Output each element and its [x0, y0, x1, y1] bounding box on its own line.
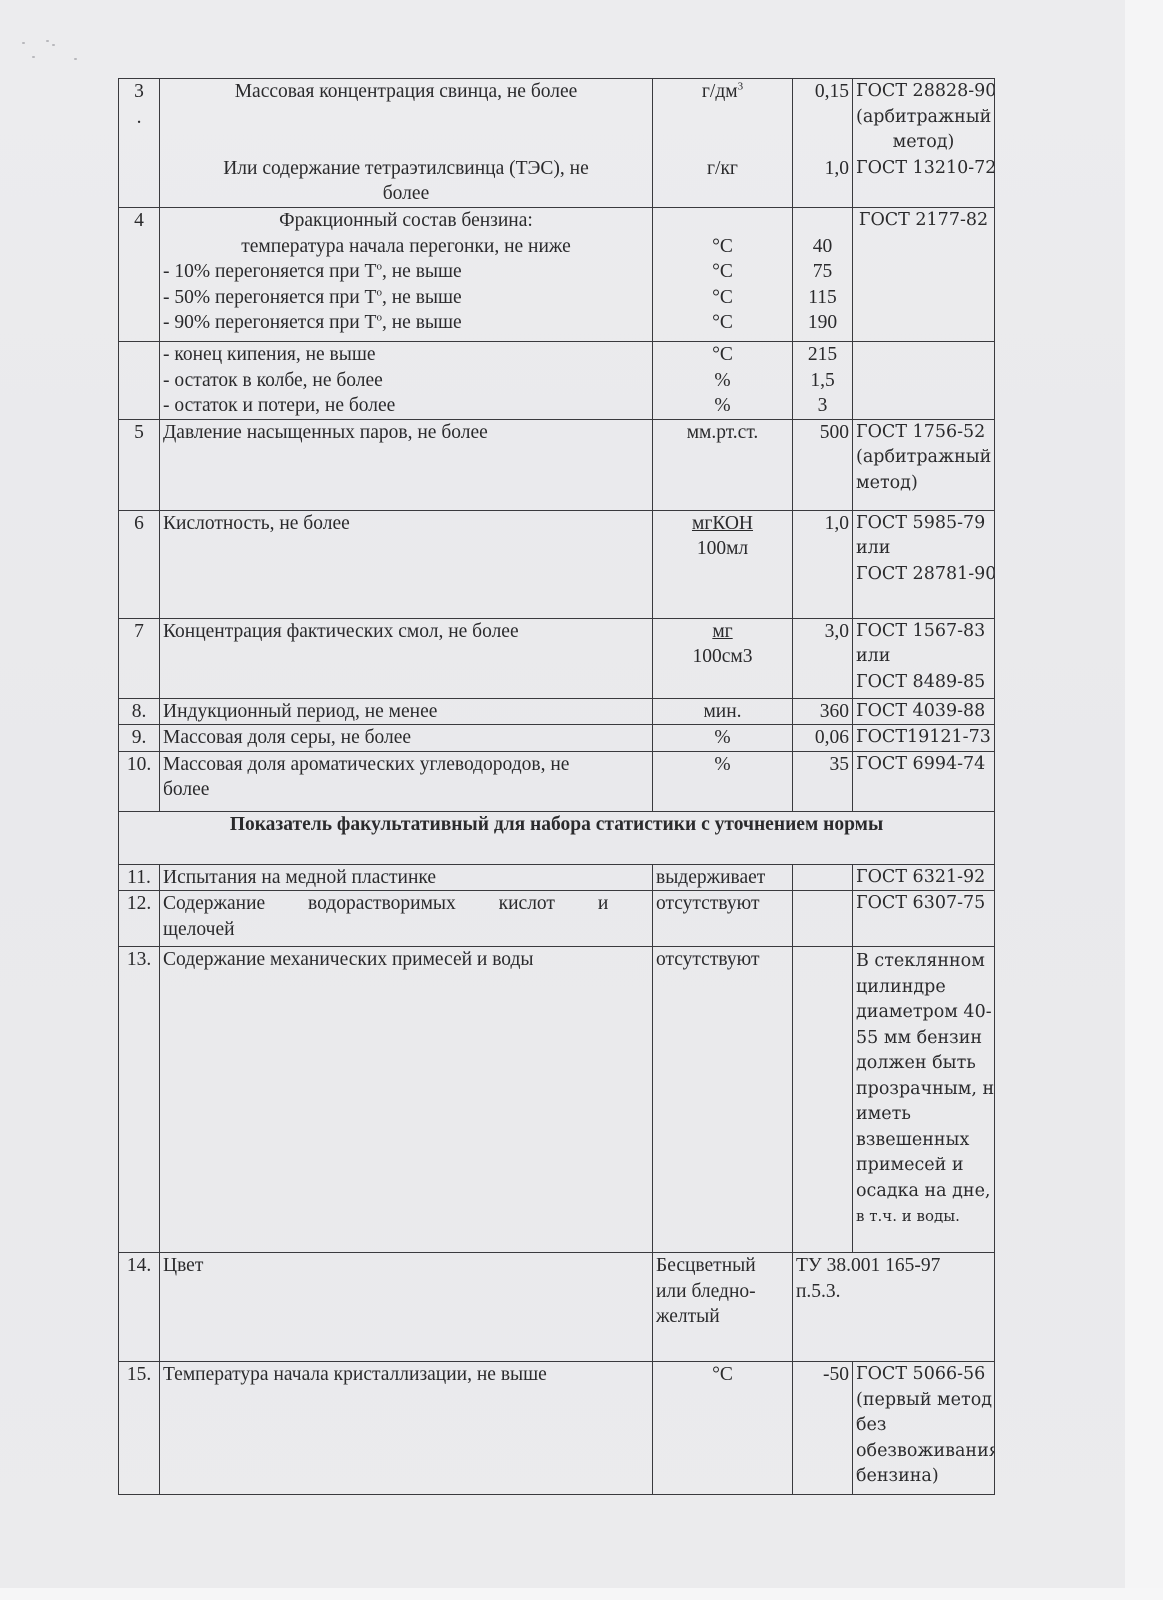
test-method: ГОСТ 28828-90 (арбитражный метод) ГОСТ 1…	[853, 79, 995, 208]
unit: °С % %	[653, 342, 793, 420]
test-method-line: метод)	[856, 471, 991, 497]
parameter-name: Температура начала кристаллизации, не вы…	[160, 1362, 653, 1495]
test-method-line: ГОСТ 28781-90	[856, 562, 991, 588]
parameter-name: Давление насыщенных паров, не более	[160, 419, 653, 510]
row-number: 4	[119, 208, 160, 342]
unit-text: г/дм	[702, 81, 738, 102]
table-row: 14. Цвет Бесцветный или бледно- желтый Т…	[119, 1253, 995, 1362]
table-row: 7 Концентрация фактических смол, не боле…	[119, 618, 995, 698]
test-method-line: ГОСТ 8489-85	[856, 670, 991, 696]
parameter-name: - конец кипения, не выше - остаток в кол…	[160, 342, 653, 420]
parameter-name-line: - остаток и потери, не более	[163, 393, 649, 419]
test-method-line: примесей и	[856, 1153, 991, 1179]
norm-value: 0,06	[793, 725, 853, 752]
parameter-text: - 10% перегоняется при Т	[163, 261, 376, 282]
unit-superscript: 3	[738, 81, 744, 93]
parameter-name: Массовая концентрация свинца, не более И…	[160, 79, 653, 208]
table-row: 4 Фракционный состав бензина: температур…	[119, 208, 995, 342]
parameter-suffix: , не выше	[382, 312, 462, 333]
parameter-name-line: - остаток в колбе, не более	[163, 368, 649, 394]
unit-line: °С	[656, 342, 789, 368]
unit-line: °С	[656, 234, 789, 260]
table-row: 13. Содержание механических примесей и в…	[119, 947, 995, 1253]
parameter-name-line: Массовая доля ароматических углеводородо…	[163, 752, 649, 778]
test-method: ГОСТ 5066-56 (первый метод без обезвожив…	[853, 1362, 995, 1495]
norm-value: 35	[793, 751, 853, 811]
unit: °С °С °С °С	[653, 208, 793, 342]
norm-value-line: 1,0	[796, 156, 849, 182]
test-method	[853, 342, 995, 420]
unit-numerator: мг	[656, 619, 789, 645]
test-method-line: В стеклянном	[856, 949, 991, 975]
row-number: 11.	[119, 864, 160, 891]
unit: мм.рт.ст.	[653, 419, 793, 510]
parameter-name: Испытания на медной пластинке	[160, 864, 653, 891]
unit: %	[653, 725, 793, 752]
parameter-name-line: более	[163, 181, 649, 207]
test-method-line: ГОСТ 1756-52	[856, 420, 991, 446]
unit: °С	[653, 1362, 793, 1495]
unit-line: желтый	[656, 1304, 789, 1330]
test-method-line: диаметром 40-	[856, 1000, 991, 1026]
unit: мг 100см3	[653, 618, 793, 698]
test-method-line: или	[856, 644, 991, 670]
norm-value-line: 3	[796, 393, 849, 419]
parameter-name-line: - 50% перегоняется при Тo, не выше	[163, 285, 649, 311]
test-method-line: осадка на дне,	[856, 1179, 991, 1205]
norm-value: 3,0	[793, 618, 853, 698]
unit-denominator: 100мл	[656, 536, 789, 562]
section-header: Показатель факультативный для набора ста…	[119, 811, 995, 864]
parameter-name-line: Содержание водорастворимых кислот и	[163, 891, 649, 917]
row-number	[119, 342, 160, 420]
norm-value: 1,0	[793, 510, 853, 618]
table-row: - конец кипения, не выше - остаток в кол…	[119, 342, 995, 420]
row-number: 15.	[119, 1362, 160, 1495]
section-header-row: Показатель факультативный для набора ста…	[119, 811, 995, 864]
unit-line: Бесцветный	[656, 1253, 789, 1279]
norm-value: 500	[793, 419, 853, 510]
test-method-line: цилиндре	[856, 975, 991, 1001]
unit: отсутствуют	[653, 891, 793, 947]
parameter-name: Содержание механических примесей и воды	[160, 947, 653, 1253]
row-number: 7	[119, 618, 160, 698]
parameter-name: Массовая доля ароматических углеводородо…	[160, 751, 653, 811]
unit: %	[653, 751, 793, 811]
parameter-name-line: Фракционный состав бензина:	[163, 208, 649, 234]
test-method-line: взвешенных	[856, 1128, 991, 1154]
test-method-line: ГОСТ 28828-90	[856, 79, 991, 105]
norm-value-line: 75	[796, 259, 849, 285]
page-edge-bottom	[0, 1588, 1163, 1600]
unit-numerator: мгКОН	[656, 511, 789, 537]
parameter-name: Цвет	[160, 1253, 653, 1362]
row-number: 6	[119, 510, 160, 618]
test-method-line: без	[856, 1413, 991, 1439]
parameter-name-line: - 90% перегоняется при Тo, не выше	[163, 310, 649, 336]
table-row: 6 Кислотность, не более мгКОН 100мл 1,0 …	[119, 510, 995, 618]
unit: отсутствуют	[653, 947, 793, 1253]
test-method: ГОСТ 1756-52 (арбитражный метод)	[853, 419, 995, 510]
parameter-suffix: , не выше	[382, 287, 462, 308]
parameter-name: Кислотность, не более	[160, 510, 653, 618]
test-method: ГОСТ 4039-88	[853, 698, 995, 725]
test-method-line: (арбитражный	[856, 445, 991, 471]
test-method: ГОСТ 5985-79 или ГОСТ 28781-90	[853, 510, 995, 618]
row-number: 13.	[119, 947, 160, 1253]
parameter-name-line: Массовая концентрация свинца, не более	[163, 79, 649, 105]
norm-value-line: 190	[796, 310, 849, 336]
test-method-line: или	[856, 536, 991, 562]
unit: г/дм3 г/кг	[653, 79, 793, 208]
test-method: ГОСТ19121-73	[853, 725, 995, 752]
norm-value-line: 0,15	[796, 79, 849, 105]
test-method-line: прозрачным, не	[856, 1077, 991, 1103]
scan-specks	[18, 36, 98, 76]
parameter-text: - 50% перегоняется при Т	[163, 287, 376, 308]
norm-value: 215 1,5 3	[793, 342, 853, 420]
unit: Бесцветный или бледно- желтый	[653, 1253, 793, 1362]
unit-line: °С	[656, 310, 789, 336]
test-method-line: ТУ 38.001 165-97	[796, 1253, 991, 1279]
test-method: ГОСТ 6307-75	[853, 891, 995, 947]
unit-line: °С	[656, 259, 789, 285]
unit: выдерживает	[653, 864, 793, 891]
page-edge-right	[1125, 0, 1163, 1600]
test-method-line: в т.ч. и воды.	[856, 1204, 991, 1230]
row-number: 12.	[119, 891, 160, 947]
test-method-line: (арбитражный	[856, 105, 991, 131]
test-method-line: ГОСТ 5985-79	[856, 511, 991, 537]
test-method-line: должен быть	[856, 1051, 991, 1077]
unit-line: г/дм3	[656, 79, 789, 105]
test-method-line: ГОСТ 1567-83	[856, 619, 991, 645]
test-method-line: (первый метод	[856, 1388, 991, 1414]
test-method-line: метод)	[856, 130, 991, 156]
test-method-line: ГОСТ 13210-72	[856, 156, 991, 182]
table-row: 10. Массовая доля ароматических углеводо…	[119, 751, 995, 811]
test-method: ТУ 38.001 165-97 п.5.3.	[793, 1253, 995, 1362]
row-number: 8.	[119, 698, 160, 725]
table-row: 8. Индукционный период, не менее мин. 36…	[119, 698, 995, 725]
table-row: 12. Содержание водорастворимых кислот и …	[119, 891, 995, 947]
parameter-name-line: щелочей	[163, 917, 649, 943]
test-method-line: бензина)	[856, 1464, 991, 1490]
table-row: 15. Температура начала кристаллизации, н…	[119, 1362, 995, 1495]
parameter-name-line: более	[163, 777, 649, 803]
table-row: 5 Давление насыщенных паров, не более мм…	[119, 419, 995, 510]
table-row: 11. Испытания на медной пластинке выдерж…	[119, 864, 995, 891]
norm-value-line: 215	[796, 342, 849, 368]
row-number-mark: .	[122, 105, 156, 131]
test-method: ГОСТ 6994-74	[853, 751, 995, 811]
parameter-name-line: температура начала перегонки, не ниже	[163, 234, 649, 260]
norm-value-line: 40	[796, 234, 849, 260]
test-method-line: ГОСТ 5066-56	[856, 1362, 991, 1388]
unit: мин.	[653, 698, 793, 725]
row-number: 3 .	[119, 79, 160, 208]
norm-value	[793, 864, 853, 891]
unit-line: °С	[656, 285, 789, 311]
row-number: 5	[119, 419, 160, 510]
norm-value	[793, 947, 853, 1253]
norm-value: -50	[793, 1362, 853, 1495]
test-method: ГОСТ 2177-82	[853, 208, 995, 342]
test-method: ГОСТ 1567-83 или ГОСТ 8489-85	[853, 618, 995, 698]
parameter-text: - 90% перегоняется при Т	[163, 312, 376, 333]
unit-line: %	[656, 393, 789, 419]
unit-denominator: 100см3	[656, 644, 789, 670]
norm-value: 360	[793, 698, 853, 725]
test-method-line: 55 мм бензин	[856, 1026, 991, 1052]
unit-line: г/кг	[656, 156, 789, 182]
specification-table: 3 . Массовая концентрация свинца, не бол…	[118, 78, 995, 1495]
norm-value: 0,15 1,0	[793, 79, 853, 208]
test-method: ГОСТ 6321-92	[853, 864, 995, 891]
test-method-line: иметь	[856, 1102, 991, 1128]
parameter-name: Массовая доля серы, не более	[160, 725, 653, 752]
unit: мгКОН 100мл	[653, 510, 793, 618]
parameter-name-line: - конец кипения, не выше	[163, 342, 649, 368]
parameter-name-line: - 10% перегоняется при Тo, не выше	[163, 259, 649, 285]
norm-value	[793, 891, 853, 947]
test-method-line: обезвоживания	[856, 1439, 991, 1465]
norm-value-line: 1,5	[796, 368, 849, 394]
parameter-name-line: Или содержание тетраэтилсвинца (ТЭС), не	[163, 156, 649, 182]
norm-value: 40 75 115 190	[793, 208, 853, 342]
unit-line: или бледно-	[656, 1279, 789, 1305]
test-method: В стеклянном цилиндре диаметром 40- 55 м…	[853, 947, 995, 1253]
parameter-name: Содержание водорастворимых кислот и щело…	[160, 891, 653, 947]
row-number: 9.	[119, 725, 160, 752]
row-number: 10.	[119, 751, 160, 811]
parameter-name: Индукционный период, не менее	[160, 698, 653, 725]
parameter-suffix: , не выше	[382, 261, 462, 282]
table-row: 9. Массовая доля серы, не более % 0,06 Г…	[119, 725, 995, 752]
unit-line: %	[656, 368, 789, 394]
row-number: 14.	[119, 1253, 160, 1362]
parameter-name: Фракционный состав бензина: температура …	[160, 208, 653, 342]
table-row: 3 . Массовая концентрация свинца, не бол…	[119, 79, 995, 208]
parameter-name: Концентрация фактических смол, не более	[160, 618, 653, 698]
test-method-line: п.5.3.	[796, 1279, 991, 1305]
norm-value-line: 115	[796, 285, 849, 311]
row-number-text: 3	[122, 79, 156, 105]
